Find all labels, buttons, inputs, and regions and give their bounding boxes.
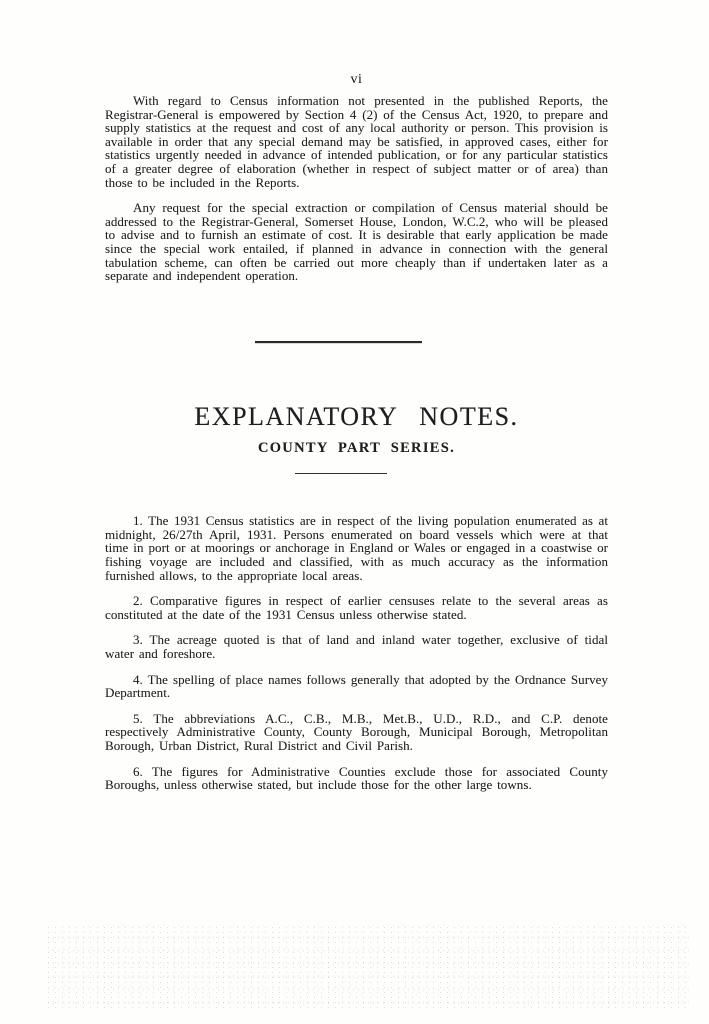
note-text: The acreage quoted is that of land and i…	[105, 632, 608, 661]
page-number: vi	[105, 72, 608, 88]
intro-paragraph-2: Any request for the special extraction o…	[105, 201, 608, 283]
section-divider	[255, 341, 422, 343]
note-text: The abbreviations A.C., C.B., M.B., Met.…	[105, 711, 608, 753]
notes-list: 1. The 1931 Census statistics are in res…	[105, 514, 608, 792]
page-heading: EXPLANATORY NOTES.	[105, 403, 608, 431]
note-text: The spelling of place names follows gene…	[105, 672, 608, 701]
document-page: vi With regard to Census information not…	[0, 0, 709, 1024]
subsection-divider	[295, 473, 387, 475]
note-item: 2. Comparative figures in respect of ear…	[105, 594, 608, 621]
section-subheading: COUNTY PART SERIES.	[105, 440, 608, 456]
intro-paragraph-1: With regard to Census information not pr…	[105, 94, 608, 189]
note-text: Comparative figures in respect of earlie…	[105, 593, 608, 622]
note-item: 4. The spelling of place names follows g…	[105, 673, 608, 700]
note-item: 1. The 1931 Census statistics are in res…	[105, 514, 608, 582]
page-content: vi With regard to Census information not…	[105, 72, 608, 804]
scan-speckle-band	[45, 925, 689, 1010]
note-item: 5. The abbreviations A.C., C.B., M.B., M…	[105, 712, 608, 753]
note-item: 6. The figures for Administrative Counti…	[105, 765, 608, 792]
note-text: The figures for Administrative Counties …	[105, 764, 608, 793]
note-text: The 1931 Census statistics are in respec…	[105, 513, 608, 582]
note-item: 3. The acreage quoted is that of land an…	[105, 633, 608, 660]
